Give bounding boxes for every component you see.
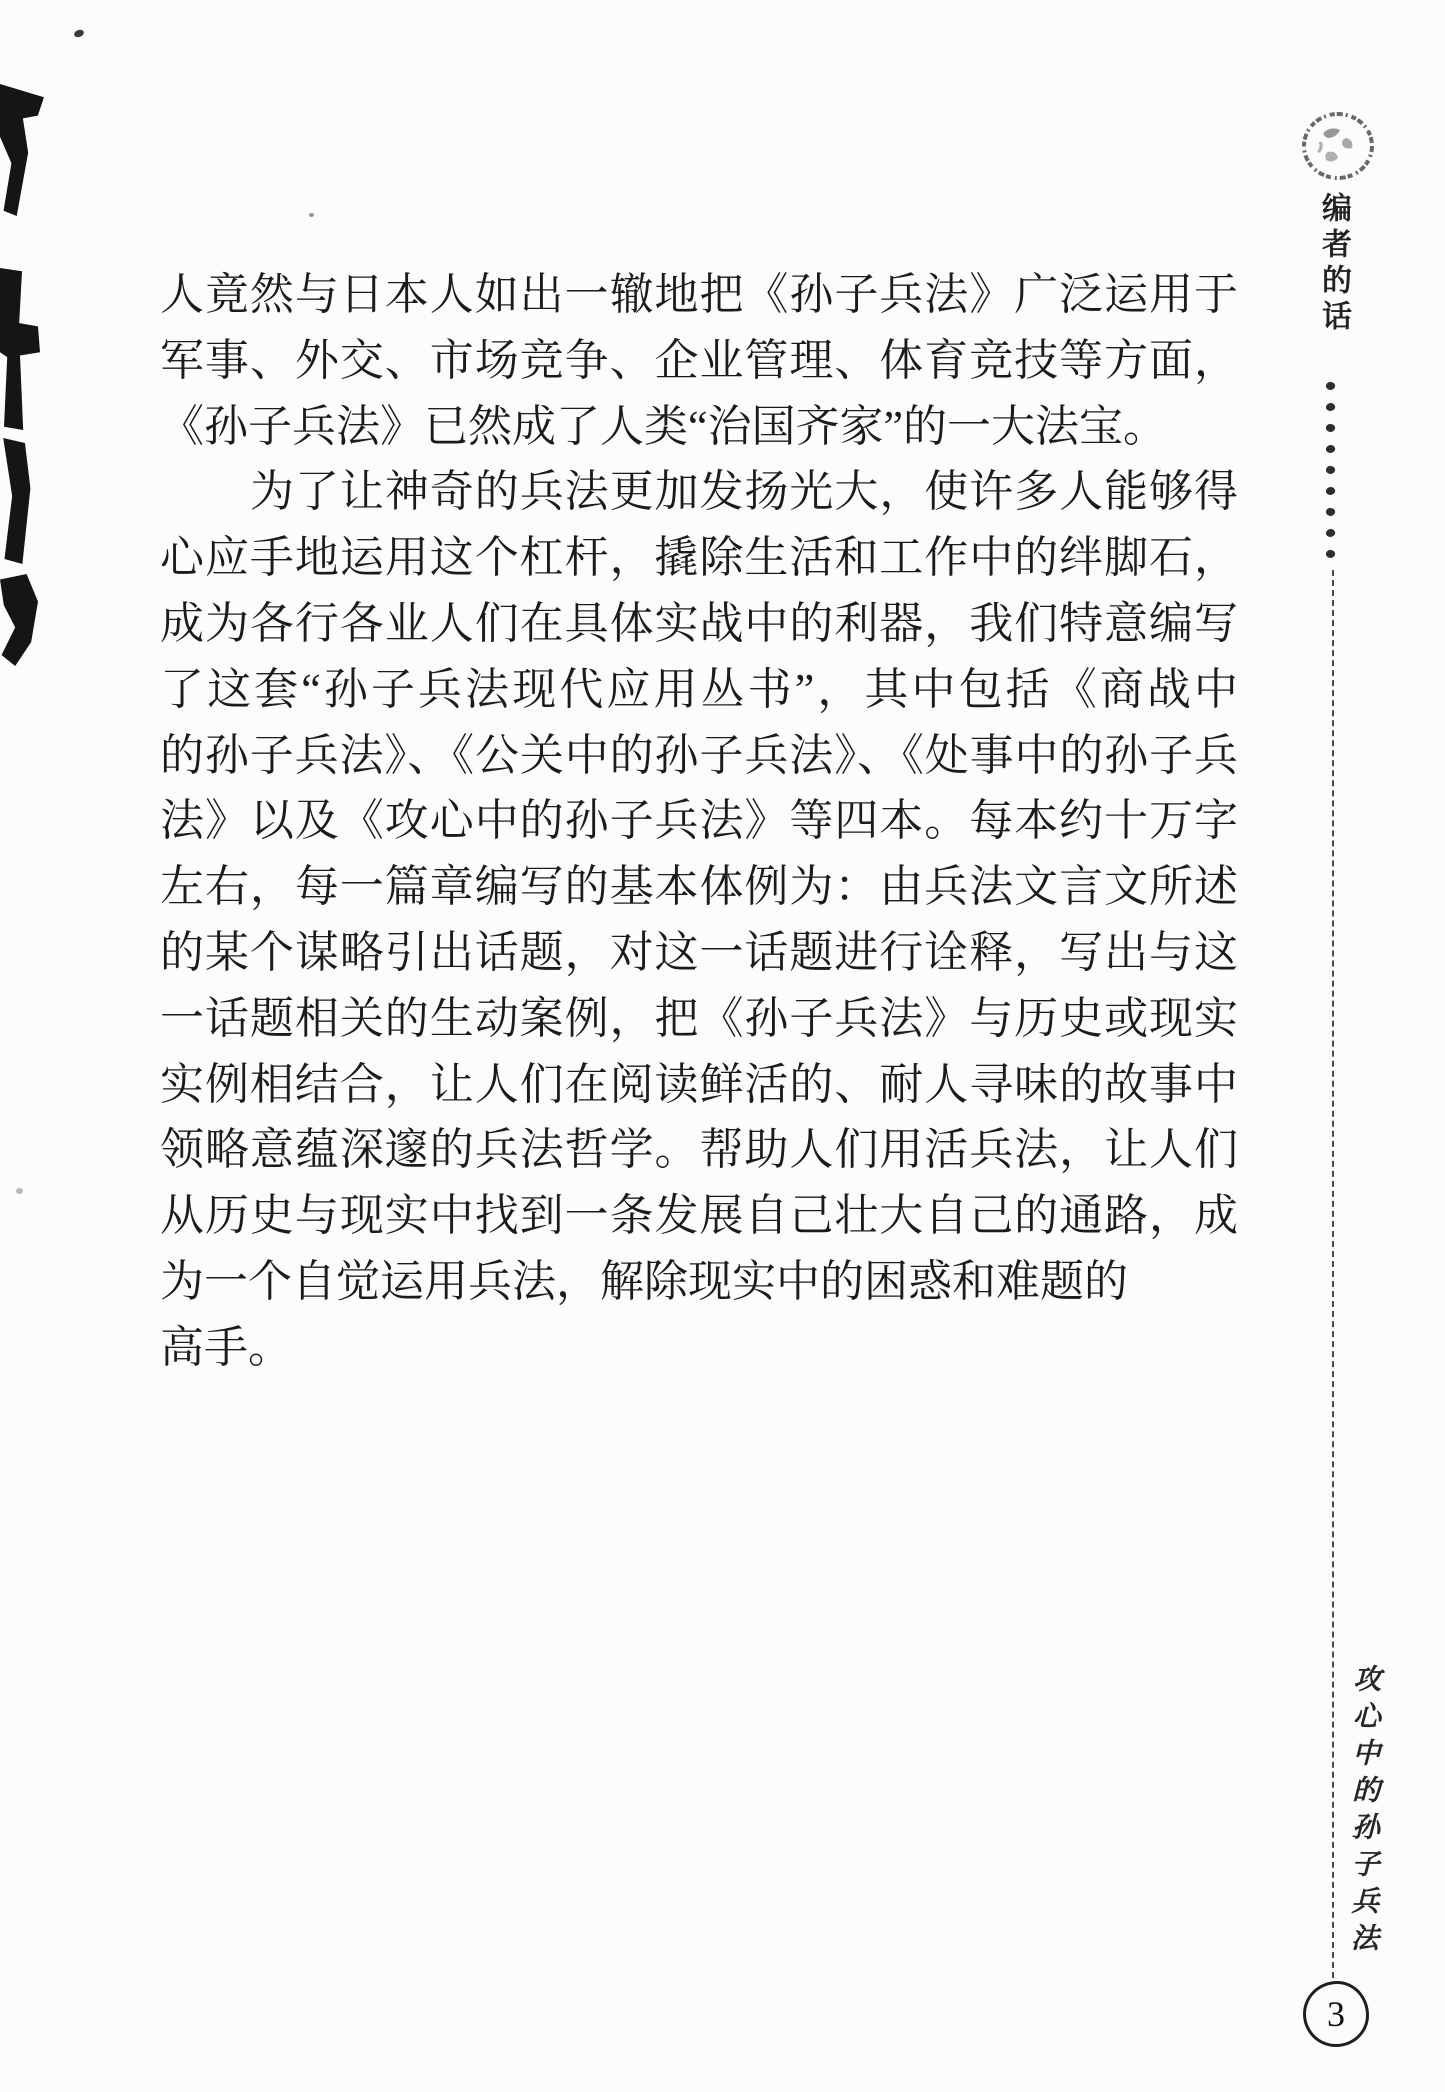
text-line: 的孙子兵法》、《公关中的孙子兵法》、《处事中的孙子兵 [160, 723, 1238, 789]
ink-smudge [0, 438, 32, 564]
text-line: 成为各行各业人们在具体实战中的利器，我们特意编写 [160, 591, 1238, 657]
dot-ornament-icon [1325, 401, 1337, 412]
ink-smudge [0, 574, 38, 666]
ink-smudge [0, 268, 40, 430]
text-line: 《孙子兵法》已然成了人类“治国齐家”的一大法宝。 [160, 394, 1238, 460]
seal-stamp-icon [1300, 110, 1376, 184]
text-line: 为了让神奇的兵法更加发扬光大，使许多人能够得 [160, 459, 1238, 525]
section-title-vertical: 编者的话 [1311, 192, 1355, 336]
scanned-page: 人竟然与日本人如出一辙地把《孙子兵法》广泛运用于军事、外交、市场竞争、企业管理、… [0, 0, 1445, 2092]
divider-dashed-line [1332, 570, 1334, 1978]
text-line: 的某个谋略引出话题，对这一话题进行诠释，写出与这 [160, 920, 1238, 986]
dot-ornament-icon [1325, 549, 1336, 559]
book-title-vertical: 攻心中的孙子兵法 [1342, 1664, 1385, 1960]
text-line: 为一个自觉运用兵法，解除现实中的困惑和难题的 [160, 1249, 1238, 1315]
dot-ornament-icon [1325, 423, 1336, 433]
scan-speck [16, 1188, 23, 1194]
scan-speck [73, 29, 85, 39]
text-line: 一话题相关的生动案例，把《孙子兵法》与历史或现实 [160, 986, 1238, 1052]
ink-smudge [0, 84, 44, 216]
text-line: 领略意蕴深邃的兵法哲学。帮助人们用活兵法，让人们 [160, 1117, 1238, 1183]
dot-ornament-icon [1325, 485, 1337, 496]
text-line: 从历史与现实中找到一条发展自己壮大自己的通路，成 [160, 1183, 1238, 1249]
dot-ornament-icon [1325, 527, 1337, 538]
dot-ornament-icon [1325, 443, 1337, 454]
text-line: 了这套“孙子兵法现代应用丛书”，其中包括《商战中 [160, 657, 1238, 723]
dot-ornament-icon [1325, 507, 1336, 517]
margin-column: 编者的话 攻心中的孙子兵法 3 [1295, 0, 1415, 2092]
text-line: 实例相结合，让人们在阅读鲜活的、耐人寻味的故事中 [160, 1052, 1238, 1118]
text-line: 心应手地运用这个杠杆，撬除生活和工作中的绊脚石， [160, 525, 1238, 591]
dot-ornament-icon [1325, 465, 1336, 475]
scan-speck [309, 213, 314, 217]
page-number: 3 [1327, 1993, 1345, 2035]
body-text: 人竟然与日本人如出一辙地把《孙子兵法》广泛运用于军事、外交、市场竞争、企业管理、… [160, 262, 1238, 1381]
dot-ornament-icon [1325, 381, 1336, 391]
text-line: 军事、外交、市场竞争、企业管理、体育竞技等方面， [160, 328, 1238, 394]
text-line: 高手。 [160, 1315, 1238, 1381]
text-line: 左右，每一篇章编写的基本体例为：由兵法文言文所述 [160, 854, 1238, 920]
text-line: 人竟然与日本人如出一辙地把《孙子兵法》广泛运用于 [160, 262, 1238, 328]
page-number-badge: 3 [1303, 1981, 1369, 2047]
text-line: 法》以及《攻心中的孙子兵法》等四本。每本约十万字 [160, 788, 1238, 854]
ornament-dots [1326, 382, 1335, 571]
